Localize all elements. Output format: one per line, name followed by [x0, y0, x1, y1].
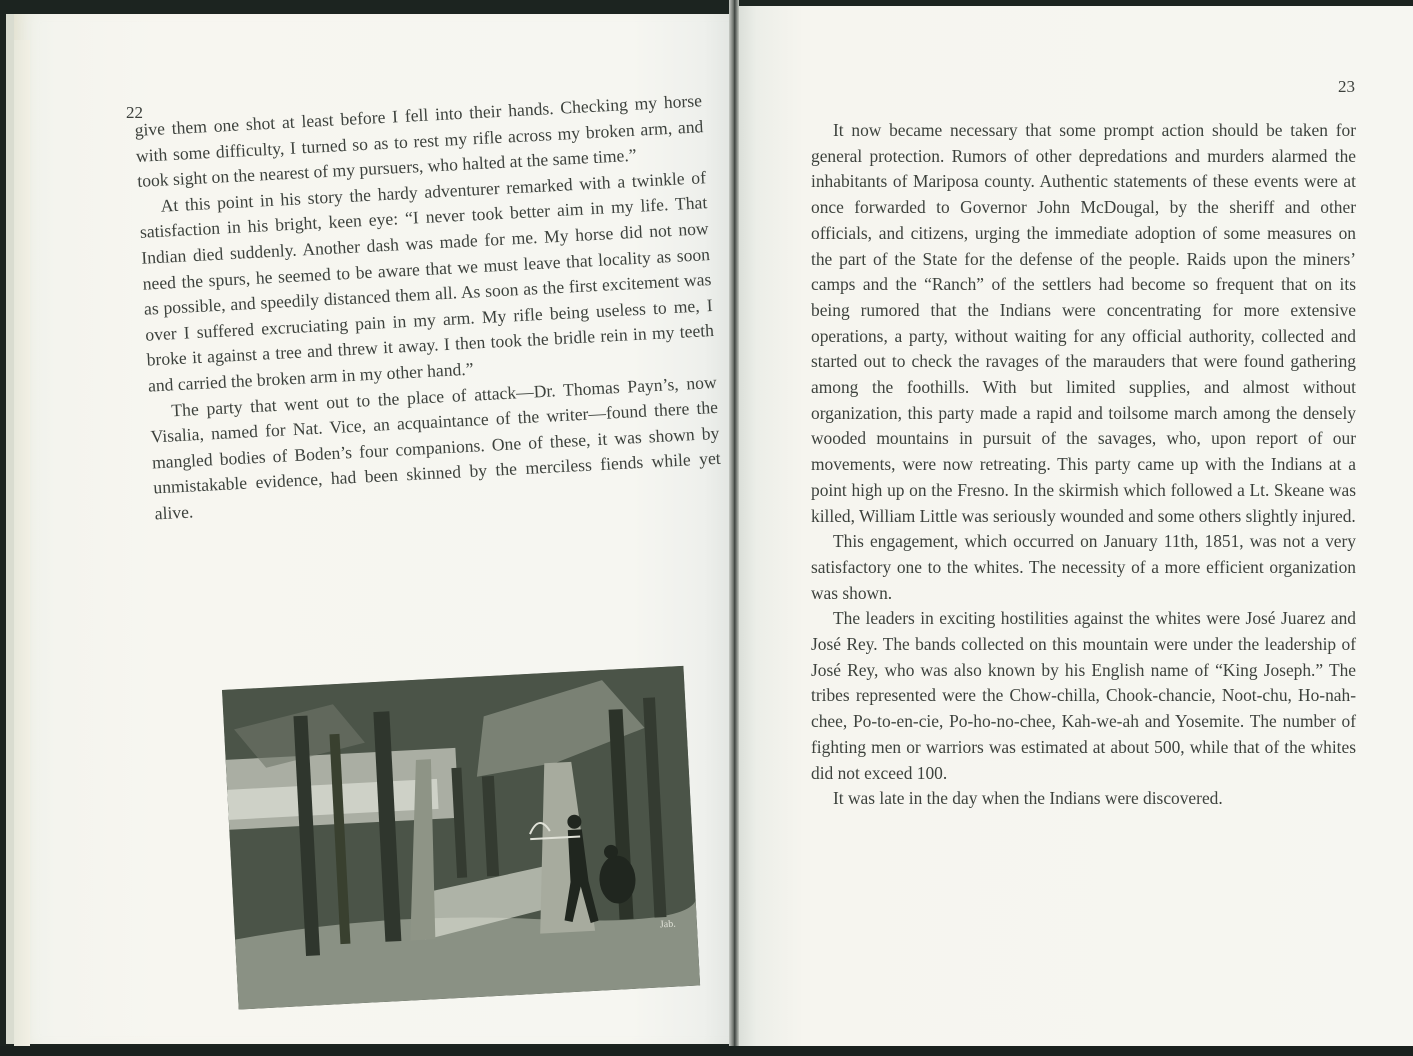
scanner-background [0, 1046, 1413, 1056]
page-number-right: 23 [1338, 77, 1355, 97]
forest-archer-icon: Jab. [222, 666, 700, 1010]
forest-engraving-illustration: Jab. [222, 666, 700, 1010]
book-gutter [729, 0, 739, 1046]
paragraph: It now became necessary that some prompt… [811, 118, 1356, 529]
page-edge [14, 40, 30, 1056]
engraver-signature: Jab. [660, 919, 676, 931]
book-spread: 22 23 give them one shot at least before… [0, 0, 1413, 1056]
paragraph: It was late in the day when the Indians … [811, 786, 1356, 812]
left-page-body: give them one shot at least before I fel… [134, 88, 723, 527]
right-page-body: It now became necessary that some prompt… [811, 118, 1356, 812]
paragraph: The leaders in exciting hostilities agai… [811, 606, 1356, 786]
paragraph: At this point in his story the hardy adv… [138, 165, 716, 399]
paragraph: This engagement, which occurred on Janua… [811, 529, 1356, 606]
